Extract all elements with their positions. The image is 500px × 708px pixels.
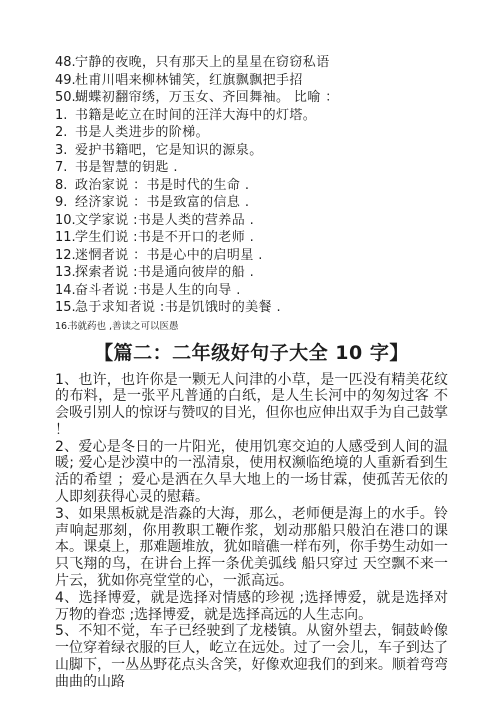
paragraph: 1、也许，也许你是一颗无人问津的小草，是一匹没有精美花纹的布料，是一张平凡普通的… [55,372,448,439]
list-item-text: 探索者说 :书是通向彼岸的船 . [75,264,448,282]
list-item: 2. 书是人类进步的阶梯。 [55,124,448,142]
list-item: 3. 爱护书籍吧，它是知识的源泉。 [55,142,448,160]
list-item-text: 经济家说 ：书是致富的信息 . [75,194,448,212]
small-note-text: 书就药也 ,善读之可以医愚 [68,321,448,333]
body-paragraphs: 1、也许，也许你是一颗无人问津的小草，是一匹没有精美花纹的布料，是一张平凡普通的… [55,372,448,691]
list-item-number: 3. [55,142,75,160]
small-note-number: 16. [55,321,68,333]
list-item-number: 15. [55,299,75,317]
paragraph: 2、爱心是冬日的一片阳光，使用饥寒交迫的人感受到人间的温暖; 爱心是沙漠中的一泓… [55,439,448,506]
list-item: 13. 探索者说 :书是通向彼岸的船 . [55,264,448,282]
list-item-text: 宁静的夜晚，只有那天上的星星在窃窃私语 [75,54,448,72]
small-note-line: 16. 书就药也 ,善读之可以医愚 [55,321,448,333]
list-item-text: 蝴蝶初翻帘绣，万玉女、齐回舞袖。 比喻 ： [75,89,448,107]
list-item-number: 14. [55,282,75,300]
list-item: 12. 迷惘者说 ：书是心中的启明星 . [55,247,448,265]
list-item-number: 12. [55,247,75,265]
paragraph: 5、不知不觉，车子已经驶到了龙楼镇。从窗外望去，铜鼓岭像一位穿着绿衣服的巨人，屹… [55,623,448,690]
list-item-number: 9. [55,194,75,212]
list-item-number: 13. [55,264,75,282]
list-item: 50. 蝴蝶初翻帘绣，万玉女、齐回舞袖。 比喻 ： [55,89,448,107]
list-item: 49. 杜甫川唱来柳林铺笑，红旗飘飘把手招 [55,72,448,90]
paragraph: 3、如果黑板就是浩淼的大海，那么，老师便是海上的水手。铃声响起那刻，你用教职工鞭… [55,506,448,590]
list-item: 14. 奋斗者说 :书是人生的向导 . [55,282,448,300]
quote-list: 48. 宁静的夜晚，只有那天上的星星在窃窃私语 49. 杜甫川唱来柳林铺笑，红旗… [55,54,448,317]
list-item-number: 11. [55,229,75,247]
list-item: 8. 政治家说 ：书是时代的生命 . [55,177,448,195]
list-item-number: 48. [55,54,75,72]
list-item-text: 急于求知者说 :书是饥饿时的美餐 . [75,299,448,317]
list-item-number: 10. [55,212,75,230]
list-item: 10. 文学家说 :书是人类的营养品 . [55,212,448,230]
list-item: 15. 急于求知者说 :书是饥饿时的美餐 . [55,299,448,317]
list-item-number: 7. [55,159,75,177]
section-heading: 【篇二：二年级好句子大全 10 字】 [55,338,448,365]
list-item-number: 1. [55,107,75,125]
document-page: 48. 宁静的夜晚，只有那天上的星星在窃窃私语 49. 杜甫川唱来柳林铺笑，红旗… [0,0,500,708]
list-item-text: 学生们说 :书是不开口的老师 . [75,229,448,247]
list-item-text: 爱护书籍吧，它是知识的源泉。 [75,142,448,160]
paragraph: 4、选择博爱，就是选择对情感的珍视 ;选择博爱，就是选择对万物的眷恋 ;选择博爱… [55,590,448,624]
list-item: 48. 宁静的夜晚，只有那天上的星星在窃窃私语 [55,54,448,72]
list-item-text: 奋斗者说 :书是人生的向导 . [75,282,448,300]
list-item-number: 2. [55,124,75,142]
list-item: 9. 经济家说 ：书是致富的信息 . [55,194,448,212]
list-item-number: 50. [55,89,75,107]
list-item-number: 8. [55,177,75,195]
document-content: 48. 宁静的夜晚，只有那天上的星星在窃窃私语 49. 杜甫川唱来柳林铺笑，红旗… [55,54,448,691]
list-item-text: 杜甫川唱来柳林铺笑，红旗飘飘把手招 [75,72,448,90]
list-item-text: 文学家说 :书是人类的营养品 . [75,212,448,230]
list-item-text: 迷惘者说 ：书是心中的启明星 . [75,247,448,265]
list-item: 1. 书籍是屹立在时间的汪洋大海中的灯塔。 [55,107,448,125]
list-item-text: 书是智慧的钥匙 . [75,159,448,177]
list-item-text: 书是人类进步的阶梯。 [75,124,448,142]
list-item: 11. 学生们说 :书是不开口的老师 . [55,229,448,247]
list-item: 7. 书是智慧的钥匙 . [55,159,448,177]
list-item-text: 书籍是屹立在时间的汪洋大海中的灯塔。 [75,107,448,125]
list-item-text: 政治家说 ：书是时代的生命 . [75,177,448,195]
list-item-number: 49. [55,72,75,90]
